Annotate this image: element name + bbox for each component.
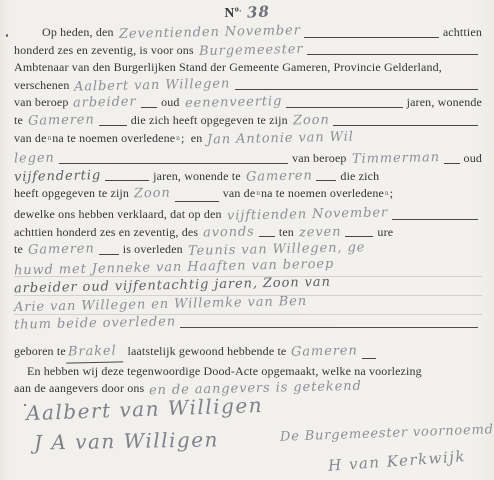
printed-text: is overleden [123,241,183,259]
form-line-3: Ambtenaar van den Burgerlijken Stand der… [14,59,482,77]
printed-text: jaren, wonende te [153,168,241,186]
form-line-10: heeft opgegeven te zijn Zoon van de n na… [14,185,482,206]
hand-drawn-rule [180,327,478,328]
dash-rule [105,180,149,181]
printed-text: ; en [181,130,202,148]
form-line-12: achttien honderd zes en zeventig, des av… [14,224,482,242]
form-line-13: te Gameren is overleden Teunis van Wille… [14,241,482,259]
dash-rule [99,254,119,255]
handwritten-date: Zeventienden November [118,22,300,43]
signature-declarant2: J A van Willigen [34,427,219,454]
printed-suffix-mark: n [176,130,180,148]
form-line-9: vijfendertig jaren, wonende te Gameren d… [14,168,482,186]
printed-text: honderd zes en zeventig, is voor ons [14,42,194,60]
dash-rule [316,180,336,181]
dash-rule [141,107,157,108]
dash-rule [175,201,219,202]
form-line-17: thum beide overleden [14,315,482,333]
printed-suffix-mark: n [385,185,389,203]
blank-rule [333,125,478,126]
form-line-11: dewelke ons hebben verklaard, dat op den… [14,206,482,224]
printed-text: dewelke ons hebben verklaard, dat op den [14,206,222,224]
act-number-sup: o. [235,5,242,14]
form-line-6: te Gameren die zich heeft opgegeven te z… [14,112,482,130]
handwritten-death-place: Gameren [28,240,95,259]
printed-text: verschenen [14,77,69,95]
handwritten-official-title: Burgemeester [199,41,304,61]
printed-text: oud [464,150,482,168]
printed-text: die zich [340,168,379,186]
handwritten-residence2: Gameren [245,167,312,186]
printed-text: laatstelijk gewoond hebbende te [127,343,286,361]
printed-text: En hebben wij deze tegenwoordige Dood-Ac… [27,363,422,381]
signature-official-title: De Burgemeester voornoemd [280,422,494,444]
signature-official: H van Kerkwijk [328,447,467,475]
handwritten-age2: vijfendertig [14,167,102,186]
dash-rule [259,236,275,237]
handwritten-last-residence: Gameren [291,342,358,361]
handwritten-deceased-parents-cont: thum beide overleden [14,313,176,334]
death-certificate-scan: No.38 Op heden, den Zeventienden Novembe… [0,0,494,480]
blank-rule [286,107,403,108]
act-number: No.38 [0,0,494,21]
form-line-1: Op heden, den Zeventienden November acht… [14,24,482,42]
handwritten-declarant1-name: Aalbert van Willegen [74,75,231,96]
form-body: Op heden, den Zeventienden November acht… [0,21,494,398]
printed-text: die zich heeft opgegeven te zijn [131,112,288,130]
form-line-18: geboren te Brakel laatstelijk gewoond he… [14,343,482,363]
printed-suffix-mark: n [256,185,260,203]
printed-text: te [14,112,23,130]
printed-text: ten [279,224,294,242]
printed-text: van de [14,130,47,148]
printed-text: Op heden, den [42,24,114,42]
form-line-8: legen van beroep Timmerman oud [14,150,482,168]
printed-text: na te noemen overledene [52,130,175,148]
printed-text: oud [161,94,179,112]
form-line-15: arbeider oud vijfentachtig jaren, Zoon v… [14,277,482,296]
printed-text: jaren, wonende [407,94,482,112]
handwritten-relation: Zoon [293,112,330,130]
printed-text: geboren te [14,343,66,361]
printed-text: achttien honderd zes en zeventig, des [14,224,198,242]
ink-speck [6,34,8,37]
handwritten-occupation2: Timmerman [351,149,439,168]
handwritten-daypart: avonds [203,223,255,242]
handwritten-declarant2-name-cont: legen [14,150,55,168]
form-line-16: Arie van Willegen en Willemke van Ben [14,296,482,315]
form-line-5: van beroep arbeider oud eenenveertig jar… [14,94,482,112]
dash-rule [99,125,127,126]
printed-text: aan de aangevers door ons [14,380,144,398]
printed-text: na te noemen overledene [261,185,384,203]
handwritten-occupation: arbeider [73,94,137,113]
handwritten-age: eenenveertig [184,93,282,113]
ink-speck [24,404,26,406]
printed-text: van de [223,185,256,203]
printed-text: achttien [443,24,482,42]
printed-suffix-mark: n [48,130,52,148]
dash-rule [362,358,376,359]
handwritten-birthplace: Brakel [66,343,123,364]
handwritten-death-date: vijftienden November [226,204,387,225]
printed-text: te [14,241,23,259]
printed-text: heeft opgegeven te zijn [14,185,129,203]
form-line-2: honderd zes en zeventig, is voor ons Bur… [14,42,482,60]
printed-text: Ambtenaar van den Burgerlijken Stand der… [14,59,442,77]
dash-rule [444,163,460,164]
act-number-label: N [224,5,234,20]
handwritten-declarant2-name: Jan Antonie van Wil [207,128,354,149]
dash-rule [345,236,373,237]
blank-rule [59,163,288,164]
form-line-4: verschenen Aalbert van Willegen [14,77,482,95]
printed-text: ure [377,224,393,242]
printed-text: van beroep [14,94,68,112]
blank-rule [307,54,478,55]
printed-text: van beroep [292,150,346,168]
printed-text: ; [390,185,393,203]
handwritten-residence: Gameren [28,111,95,130]
form-line-19: En hebben wij deze tegenwoordige Dood-Ac… [14,363,482,381]
act-number-value: 38 [246,2,270,21]
dash-rule [392,219,478,220]
blank-rule [304,37,438,38]
handwritten-relation2: Zoon [134,185,171,203]
blank-rule [235,89,478,90]
form-line-7: van de n na te noemen overledene n ; en … [14,130,482,151]
